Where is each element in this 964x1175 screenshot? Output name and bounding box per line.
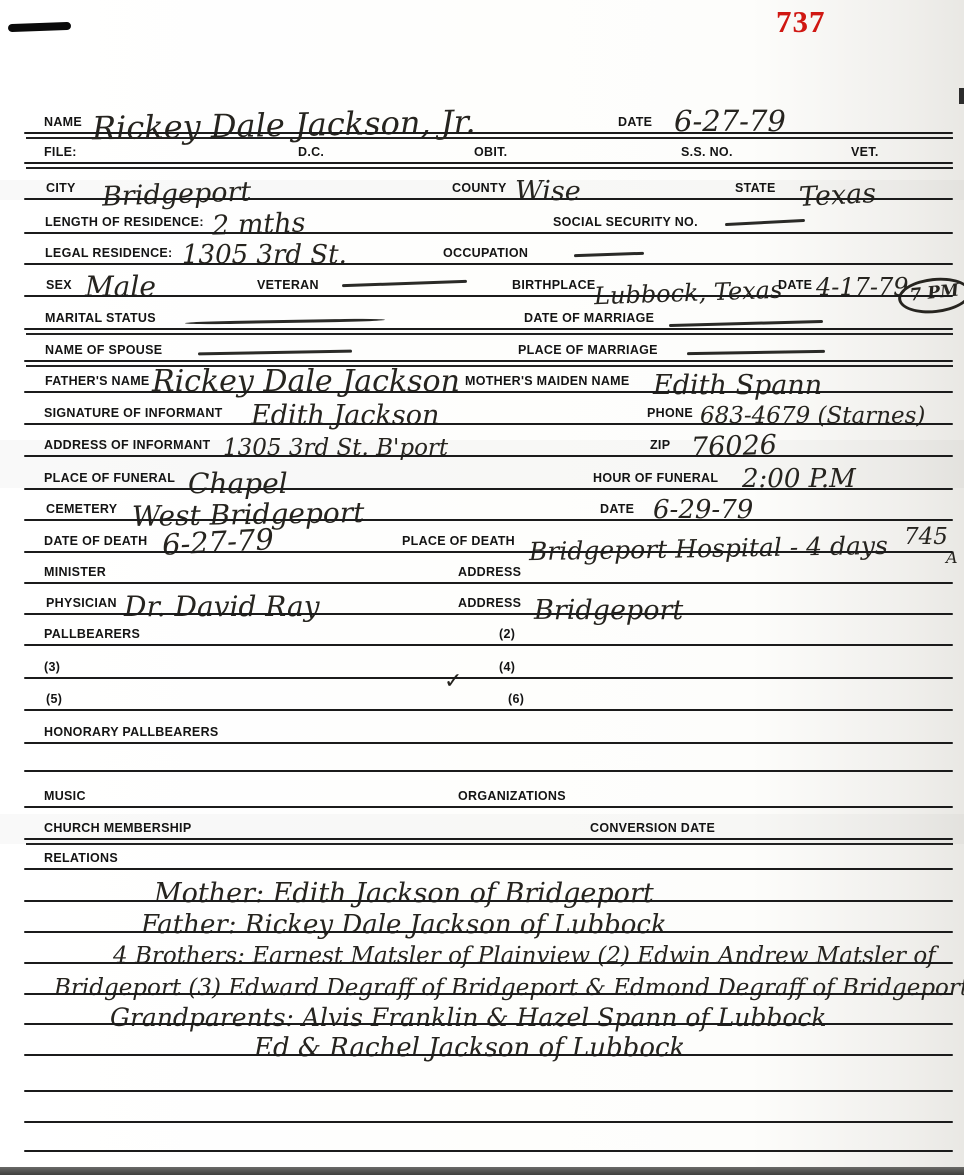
cemetery-date-value: 6-29-79 <box>653 497 753 523</box>
veteran-label: VETERAN <box>257 278 319 292</box>
blank-line <box>24 1111 953 1123</box>
relations-label: RELATIONS <box>44 851 118 865</box>
cemetery-label: CEMETERY <box>46 502 117 516</box>
row-physician: PHYSICIAN Dr. David Ray ADDRESS Bridgepo… <box>24 588 953 615</box>
place-of-marriage-label: PLACE OF MARRIAGE <box>518 343 658 357</box>
place-of-death-label: PLACE OF DEATH <box>402 534 515 548</box>
row-honorary-pallbearers: HONORARY PALLBEARERS <box>24 716 953 744</box>
birthdate-value: 4-17-79 <box>816 275 909 299</box>
minister-address-label: ADDRESS <box>458 565 521 579</box>
row-place-of-funeral: PLACE OF FUNERAL Chapel HOUR OF FUNERAL … <box>24 462 953 490</box>
pallbearer-5-label: (5) <box>46 692 62 706</box>
handwritten-dash <box>725 219 805 226</box>
sex-value: Male <box>85 273 156 301</box>
row-relation-father: Father: Rickey Dale Jackson of Lubbock <box>24 903 953 933</box>
pallbearer-6-label: (6) <box>508 692 524 706</box>
occupation-label: OCCUPATION <box>443 246 528 260</box>
mothers-maiden-name-value: Edith Spann <box>653 372 822 399</box>
row-relations-header: RELATIONS <box>24 846 953 870</box>
name-of-spouse-label: NAME OF SPOUSE <box>45 343 162 357</box>
dc-label: D.C. <box>298 145 324 159</box>
length-of-residence-value: 2 mths <box>212 209 306 239</box>
row-marital-status: MARITAL STATUS DATE OF MARRIAGE <box>24 304 953 330</box>
phone-label: PHONE <box>647 406 693 420</box>
length-of-residence-label: LENGTH OF RESIDENCE: <box>45 215 204 229</box>
blank-line <box>24 1140 953 1152</box>
scan-edge-mark <box>959 88 964 104</box>
row-file: FILE: D.C. OBIT. S.S. NO. VET. <box>24 146 953 164</box>
county-value: Wise <box>515 178 581 205</box>
handwritten-dash <box>687 350 825 355</box>
state-value: Texas <box>798 180 876 211</box>
pallbearer-2-label: (2) <box>499 627 515 641</box>
zip-label: ZIP <box>650 438 670 452</box>
name-value: Rickey Dale Jackson, Jr. <box>92 106 476 145</box>
pallbearer-4-label: (4) <box>499 660 515 674</box>
row-sex-birthplace: SEX Male VETERAN BIRTHPLACE Lubbock, Tex… <box>24 270 953 297</box>
minister-label: MINISTER <box>44 565 106 579</box>
date-of-death-value: 6-27-79 <box>161 525 274 560</box>
birthplace-label: BIRTHPLACE <box>512 278 596 292</box>
row-cemetery: CEMETERY West Bridgeport DATE 6-29-79 <box>24 494 953 521</box>
mothers-maiden-name-label: MOTHER'S MAIDEN NAME <box>465 374 630 388</box>
legal-residence-label: LEGAL RESIDENCE: <box>45 246 173 260</box>
hour-of-funeral-value: 2:00 P.M <box>742 466 856 492</box>
obit-label: OBIT. <box>474 145 507 159</box>
date-of-marriage-label: DATE OF MARRIAGE <box>524 311 654 325</box>
blank-line <box>24 1080 953 1092</box>
physician-value: Dr. David Ray <box>124 593 320 621</box>
blank-line <box>24 760 953 772</box>
signature-of-informant-value: Edith Jackson <box>251 402 439 429</box>
social-security-label: SOCIAL SECURITY NO. <box>553 215 698 229</box>
signature-of-informant-label: SIGNATURE OF INFORMANT <box>44 406 223 420</box>
honorary-pallbearers-label: HONORARY PALLBEARERS <box>44 725 219 739</box>
pallbearers-label: PALLBEARERS <box>44 627 140 641</box>
county-label: COUNTY <box>452 181 507 195</box>
row-relation-grandparents-1: Grandparents: Alvis Franklin & Hazel Spa… <box>24 996 953 1025</box>
state-label: STATE <box>735 181 776 195</box>
phone-value: 683-4679 (Starnes) <box>700 405 925 428</box>
handwritten-dash <box>198 350 352 356</box>
handwritten-dash <box>185 318 385 324</box>
date-of-death-label: DATE OF DEATH <box>44 534 147 548</box>
marital-status-label: MARITAL STATUS <box>45 311 156 325</box>
page-number-stamp: 737 <box>776 4 826 40</box>
row-legal-residence: LEGAL RESIDENCE: 1305 3rd St. OCCUPATION <box>24 238 953 265</box>
row-relation-brothers-1: 4 Brothers: Earnest Matsler of Plainview… <box>24 934 953 964</box>
file-label: FILE: <box>44 145 77 159</box>
death-time-value: 745 <box>904 526 948 549</box>
place-of-funeral-label: PLACE OF FUNERAL <box>44 471 175 485</box>
row-informant-address: ADDRESS OF INFORMANT 1305 3rd St. B'port… <box>24 430 953 457</box>
pallbearer-3-label: (3) <box>44 660 60 674</box>
row-city-county-state: CITY Bridgeport COUNTY Wise STATE Texas <box>24 172 953 200</box>
ssno-label: S.S. NO. <box>681 145 733 159</box>
legal-residence-value: 1305 3rd St. <box>182 242 347 268</box>
fathers-name-label: FATHER'S NAME <box>45 374 150 388</box>
date-label: DATE <box>618 115 652 129</box>
organizations-label: ORGANIZATIONS <box>458 789 566 803</box>
row-relation-brothers-2: Bridgeport (3) Edward Degraff of Bridgep… <box>24 965 953 995</box>
row-parents: FATHER'S NAME Rickey Dale Jackson MOTHER… <box>24 366 953 393</box>
relation-line: Ed & Rachel Jackson of Lubbock <box>254 1035 685 1061</box>
city-label: CITY <box>46 181 76 195</box>
row-relation-grandparents-2: Ed & Rachel Jackson of Lubbock <box>24 1026 953 1056</box>
row-music: MUSIC ORGANIZATIONS <box>24 782 953 808</box>
scan-corner-mark <box>8 22 71 32</box>
city-value: Bridgeport <box>102 178 252 210</box>
row-pallbearers-5-6: (5) (6) <box>24 684 953 711</box>
physician-address-label: ADDRESS <box>458 596 521 610</box>
handwritten-dash <box>342 280 467 287</box>
date-value: 6-27-79 <box>674 107 786 136</box>
row-minister: MINISTER ADDRESS <box>24 558 953 584</box>
birthdate-label: DATE <box>778 278 812 292</box>
church-membership-label: CHURCH MEMBERSHIP <box>44 821 191 835</box>
cemetery-date-label: DATE <box>600 502 634 516</box>
conversion-date-label: CONVERSION DATE <box>590 821 715 835</box>
row-relation-mother: Mother: Edith Jackson of Bridgeport <box>24 872 953 902</box>
music-label: MUSIC <box>44 789 86 803</box>
row-date-of-death: DATE OF DEATH 6-27-79 PLACE OF DEATH Bri… <box>24 526 953 553</box>
zip-value: 76026 <box>691 432 778 462</box>
handwritten-dash <box>574 252 644 257</box>
fathers-name-value: Rickey Dale Jackson <box>152 367 460 397</box>
row-name-date: NAME Rickey Dale Jackson, Jr. DATE 6-27-… <box>24 96 953 134</box>
row-spouse: NAME OF SPOUSE PLACE OF MARRIAGE <box>24 336 953 362</box>
address-of-informant-value: 1305 3rd St. B'port <box>223 437 448 460</box>
handwritten-dash <box>669 320 823 327</box>
funeral-home-record-sheet: 737 NAME Rickey Dale Jackson, Jr. DATE 6… <box>0 0 964 1175</box>
row-church-membership: CHURCH MEMBERSHIP CONVERSION DATE <box>24 814 953 840</box>
hour-of-funeral-label: HOUR OF FUNERAL <box>593 471 718 485</box>
row-pallbearers: PALLBEARERS (2) <box>24 620 953 646</box>
scan-bottom-edge <box>0 1167 964 1175</box>
vet-label: VET. <box>851 145 879 159</box>
row-pallbearers-3-4: (3) (4) ✓ <box>24 652 953 679</box>
row-length-residence: LENGTH OF RESIDENCE: 2 mths SOCIAL SECUR… <box>24 208 953 234</box>
physician-label: PHYSICIAN <box>46 596 117 610</box>
name-label: NAME <box>44 115 82 129</box>
address-of-informant-label: ADDRESS OF INFORMANT <box>44 438 210 452</box>
row-informant-signature: SIGNATURE OF INFORMANT Edith Jackson PHO… <box>24 398 953 425</box>
sex-label: SEX <box>46 278 72 292</box>
